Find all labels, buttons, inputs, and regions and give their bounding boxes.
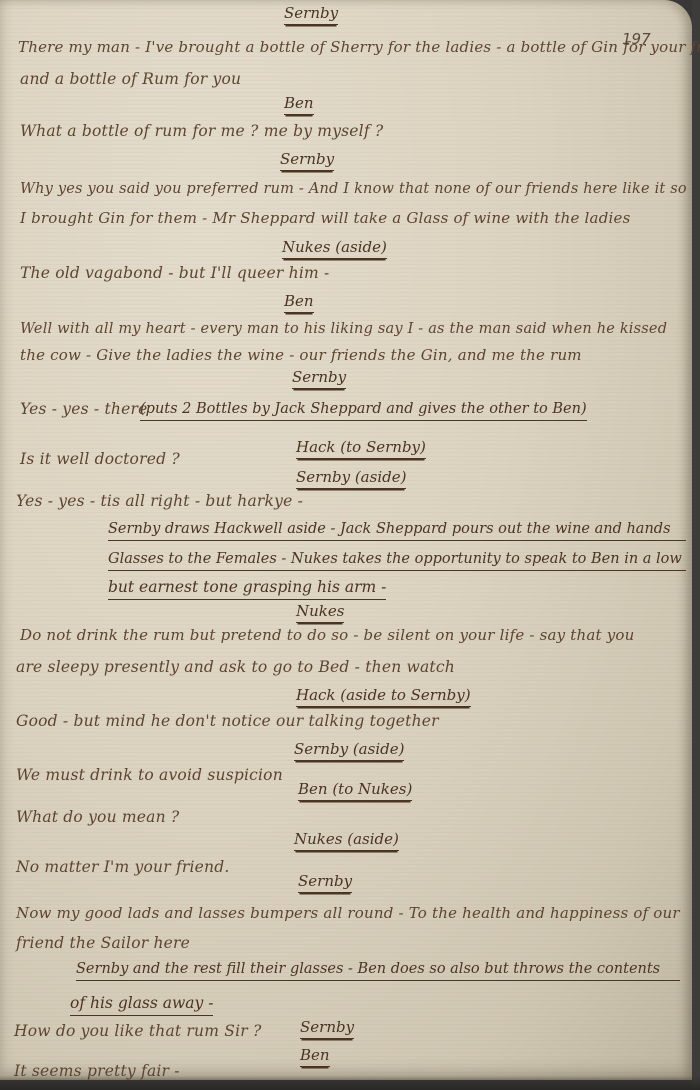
speaker-label: Nukes (aside): [294, 832, 399, 851]
speech-line: Why yes you said you preferred rum - And…: [20, 182, 687, 197]
speaker-label: Sernby (aside): [294, 742, 404, 761]
speaker-label: Hack (aside to Sernby): [296, 688, 471, 707]
manuscript-page: 197 Sernby There my man - I've brought a…: [0, 0, 692, 1080]
page-bottom-shadow: [0, 1076, 700, 1090]
speech-line: Good - but mind he don't notice our talk…: [16, 714, 439, 730]
speech-line: No matter I'm your friend.: [16, 860, 229, 876]
stage-direction: (puts 2 Bottles by Jack Sheppard and giv…: [140, 402, 587, 421]
speech-line: Yes - yes - there: [20, 402, 147, 418]
speech-line: are sleepy presently and ask to go to Be…: [16, 660, 455, 676]
speaker-label: Sernby: [300, 1020, 354, 1039]
speech-line: Do not drink the rum but pretend to do s…: [20, 628, 635, 643]
speaker-label: Sernby: [280, 152, 334, 171]
stage-direction: of his glass away -: [70, 996, 213, 1016]
stage-direction: Glasses to the Females - Nukes takes the…: [108, 552, 686, 571]
speech-line: Yes - yes - tis all right - but harkye -: [16, 494, 303, 510]
speech-line: What a bottle of rum for me ? me by myse…: [20, 124, 383, 140]
speech-line: There my man - I've brought a bottle of …: [18, 40, 700, 55]
speaker-label: Ben (to Nukes): [298, 782, 412, 801]
speaker-label: Ben: [300, 1048, 330, 1067]
stage-direction: but earnest tone grasping his arm -: [108, 580, 386, 600]
speech-line: I brought Gin for them - Mr Sheppard wil…: [20, 211, 630, 226]
speaker-label: Sernby (aside): [296, 470, 406, 489]
speaker-label: Ben: [284, 294, 314, 313]
speech-line: We must drink to avoid suspicion: [16, 768, 283, 784]
stage-direction: Sernby draws Hackwell aside - Jack Shepp…: [108, 522, 686, 541]
speech-line: Is it well doctored ?: [20, 452, 180, 468]
speech-line: Now my good lads and lasses bumpers all …: [16, 906, 680, 921]
speech-line: Well with all my heart - every man to hi…: [20, 322, 667, 337]
speech-line: How do you like that rum Sir ?: [14, 1024, 261, 1040]
stage-direction: Sernby and the rest fill their glasses -…: [76, 962, 680, 981]
speech-line: the cow - Give the ladies the wine - our…: [20, 348, 582, 363]
speech-line: and a bottle of Rum for you: [20, 72, 241, 88]
speaker-label: Nukes: [296, 604, 344, 623]
book-binding-edge: [692, 0, 700, 1090]
speaker-label: Hack (to Sernby): [296, 440, 426, 459]
speech-line: The old vagabond - but I'll queer him -: [20, 266, 329, 282]
speaker-label: Nukes (aside): [282, 240, 387, 259]
speaker-label: Ben: [284, 96, 314, 115]
speaker-label: Sernby: [292, 370, 346, 389]
speech-line: What do you mean ?: [16, 810, 179, 826]
speaker-label: Sernby: [284, 6, 338, 25]
speaker-label: Sernby: [298, 874, 352, 893]
speech-line: friend the Sailor here: [16, 936, 190, 952]
